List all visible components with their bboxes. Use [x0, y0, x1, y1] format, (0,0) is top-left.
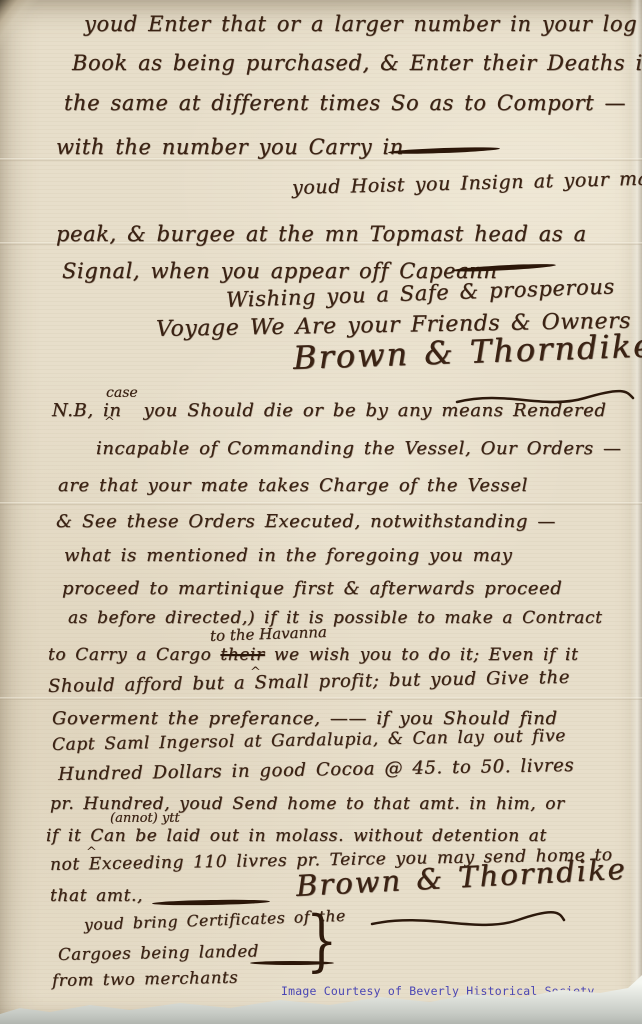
manuscript-line-13: are that your mate takes Charge of the V…: [58, 477, 528, 495]
caret-mark: ^: [104, 416, 115, 429]
manuscript-line-02: Book as being purchased, & Enter their D…: [72, 53, 642, 74]
interlinear-insertion-case: case: [106, 386, 138, 400]
manuscript-line-22: Hundred Dollars in good Cocoa @ 45. to 5…: [58, 757, 575, 784]
fold-crease: [0, 697, 642, 700]
manuscript-line-11: N.B, inyou Should die or be by any means…: [52, 402, 607, 420]
manuscript-line-03: the same at different times So as to Com…: [64, 93, 626, 114]
ink-dash: [388, 146, 500, 155]
credit-caption: Image Courtesy of Beverly Historical Soc…: [281, 986, 594, 998]
manuscript-line-24: if it Can be laid out in molass. without…: [46, 828, 547, 845]
manuscript-line-07: Signal, when you appear off Capeann: [62, 261, 497, 282]
manuscript-line-26: that amt.,: [50, 888, 143, 905]
corner-shadow: [0, 0, 72, 62]
manuscript-line-21: Capt Saml Ingersol at Gardalupia, & Can …: [52, 728, 566, 754]
struck-word-their: their: [220, 645, 264, 665]
fold-crease: [0, 502, 642, 505]
cargo-pre: to Carry a Cargo: [48, 645, 220, 665]
manuscript-line-01: youd Enter that or a larger number in yo…: [84, 14, 642, 35]
paper-edge-right: [630, 0, 642, 1018]
manuscript-line-17: as before directed,) if it is possible t…: [68, 610, 603, 627]
manuscript-line-16: proceed to martinique first & afterwards…: [62, 580, 562, 598]
ink-dash: [152, 899, 270, 906]
laid-post: Can be laid out in molass. without deten…: [90, 826, 547, 846]
letter-paper: youd Enter that or a larger number in yo…: [0, 0, 642, 1018]
manuscript-line-06: peak, & burgee at the mn Topmast head as…: [56, 224, 587, 245]
cargo-post: we wish you to do it; Even if it: [265, 645, 579, 665]
manuscript-line-20: Goverment the preferance, —— if you Shou…: [52, 710, 558, 728]
laid-pre: if it: [46, 826, 90, 846]
manuscript-line-04: with the number you Carry in: [56, 137, 404, 158]
manuscript-line-12: incapable of Commanding the Vessel, Our …: [96, 440, 622, 458]
manuscript-line-29: from two merchants: [52, 970, 239, 990]
signature-flourish: [368, 908, 568, 934]
manuscript-line-28: Cargoes being landed: [58, 943, 259, 963]
manuscript-line-18: to Carry a Cargo their we wish you to do…: [48, 647, 579, 664]
manuscript-line-19: Should afford but a Small profit; but yo…: [48, 669, 570, 696]
manuscript-line-05: youd Hoist you Insign at your main: [292, 169, 642, 198]
interlinear-insertion-annot: (annot) ytt: [110, 812, 180, 825]
nb-body: you Should die or be by any means Render…: [144, 400, 607, 421]
scan-background: youd Enter that or a larger number in yo…: [0, 0, 642, 1024]
postscript-brace: }: [306, 908, 338, 974]
manuscript-line-15: what is mentioned in the foregoing you m…: [64, 547, 513, 565]
interlinear-insertion-havanna: to the Havanna: [210, 625, 327, 644]
manuscript-line-14: & See these Orders Executed, notwithstan…: [56, 513, 556, 531]
